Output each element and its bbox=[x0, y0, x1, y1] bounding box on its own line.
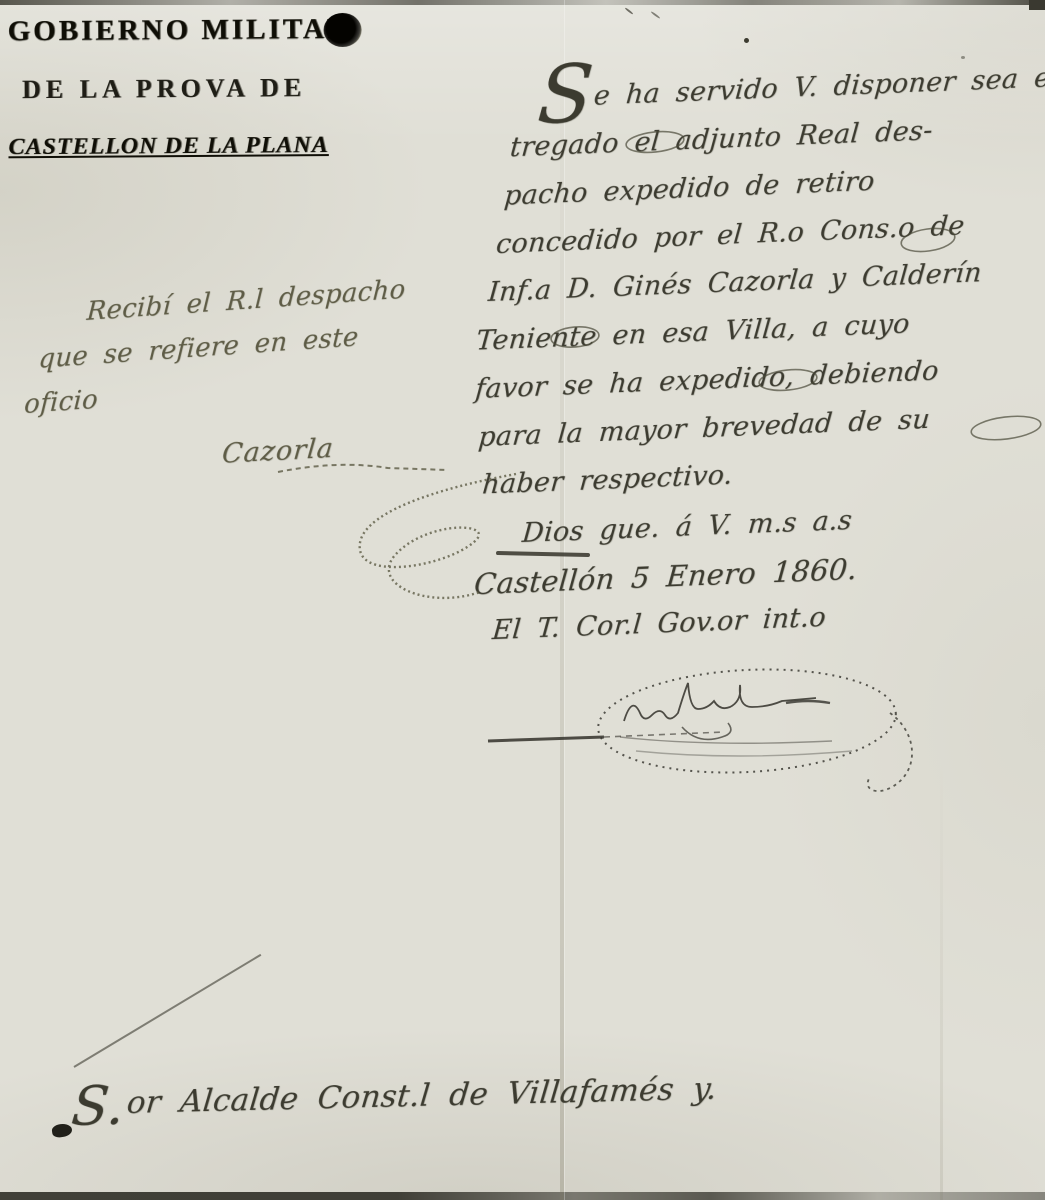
letterhead-stamp: GOBIERNO MILITAR DE LA PROVA DE CASTELLO… bbox=[7, 13, 380, 162]
paper-fold-crease-right bbox=[940, 760, 943, 1200]
scan-edge-top bbox=[0, 0, 1045, 5]
ink-speck bbox=[961, 56, 965, 59]
ink-speck bbox=[624, 7, 633, 15]
pen-flourish-line bbox=[73, 954, 261, 1068]
letterhead-line3: CASTELLON DE LA PLANA bbox=[8, 131, 395, 162]
letter-body: Se ha servido V. disponer sea en- tregad… bbox=[466, 55, 1043, 657]
addressee-line: S.or Alcalde Const.l de Villafamés y. bbox=[70, 1065, 933, 1122]
letterhead-line2: DE LA PROVA DE bbox=[22, 73, 380, 105]
signature-rubric bbox=[486, 655, 926, 805]
document-page: GOBIERNO MILITAR DE LA PROVA DE CASTELLO… bbox=[0, 0, 1045, 1200]
ink-speck bbox=[744, 38, 749, 43]
scan-edge-bottom bbox=[0, 1192, 1045, 1200]
ink-speck bbox=[650, 11, 660, 19]
margin-signature: Cazorla bbox=[221, 433, 335, 470]
ink-blot bbox=[323, 13, 361, 47]
margin-receipt-note: Recibí el R.l despacho que se refiere en… bbox=[23, 260, 519, 427]
